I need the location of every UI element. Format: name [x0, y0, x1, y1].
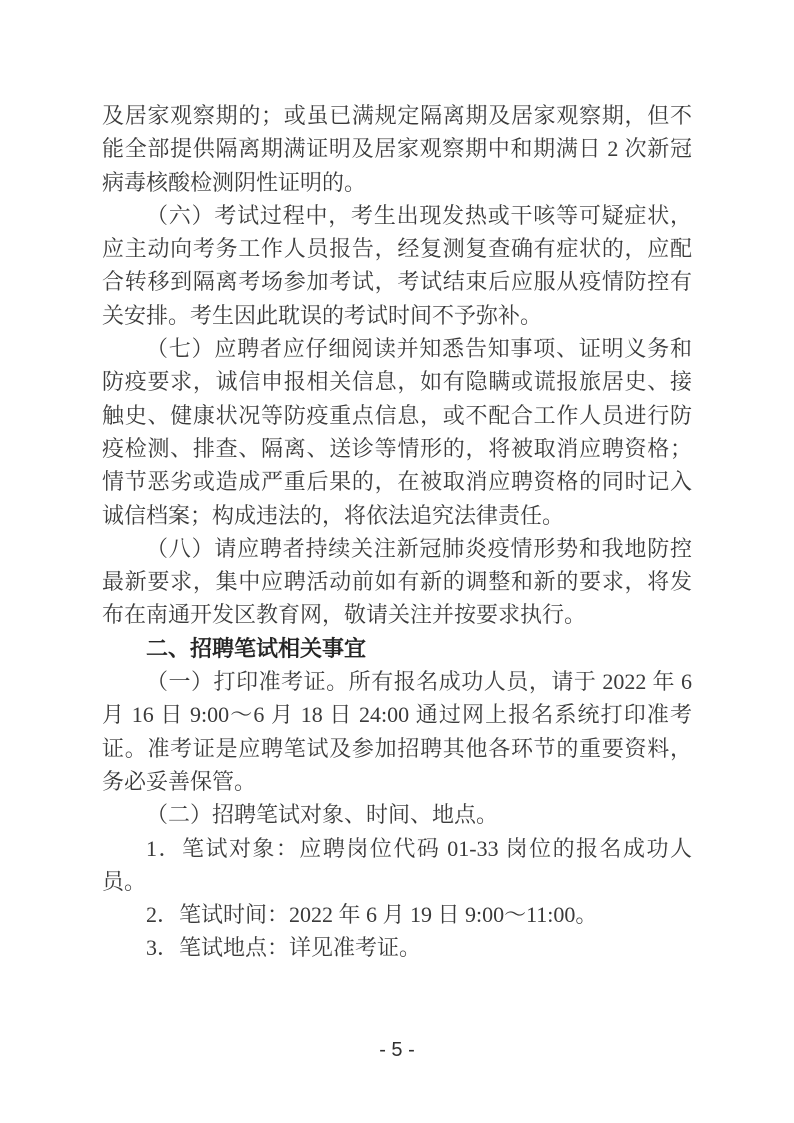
paragraph-continuation: 及居家观察期的；或虽已满规定隔离期及居家观察期，但不能全部提供隔离期满证明及居家… — [102, 99, 692, 199]
paragraph-exam-target: 1．笔试对象：应聘岗位代码 01-33 岗位的报名成功人员。 — [102, 832, 692, 899]
section-heading-written-exam: 二、招聘笔试相关事宜 — [102, 632, 692, 665]
paragraph-exam-overview: （二）招聘笔试对象、时间、地点。 — [102, 798, 692, 831]
paragraph-item-8: （八）请应聘者持续关注新冠肺炎疫情形势和我地防控最新要求，集中应聘活动前如有新的… — [102, 532, 692, 632]
page-body-text: 及居家观察期的；或虽已满规定隔离期及居家观察期，但不能全部提供隔离期满证明及居家… — [102, 99, 692, 965]
paragraph-exam-time: 2．笔试时间：2022 年 6 月 19 日 9:00～11:00。 — [102, 898, 692, 931]
page-number: - 5 - — [0, 1038, 794, 1062]
paragraph-item-6: （六）考试过程中，考生出现发热或干咳等可疑症状，应主动向考务工作人员报告，经复测… — [102, 199, 692, 332]
paragraph-print-admission-ticket: （一）打印准考证。所有报名成功人员，请于 2022 年 6 月 16 日 9:0… — [102, 665, 692, 798]
paragraph-item-7: （七）应聘者应仔细阅读并知悉告知事项、证明义务和防疫要求，诚信申报相关信息，如有… — [102, 332, 692, 532]
paragraph-exam-location: 3．笔试地点：详见准考证。 — [102, 931, 692, 964]
document-page: 及居家观察期的；或虽已满规定隔离期及居家观察期，但不能全部提供隔离期满证明及居家… — [0, 0, 794, 1123]
